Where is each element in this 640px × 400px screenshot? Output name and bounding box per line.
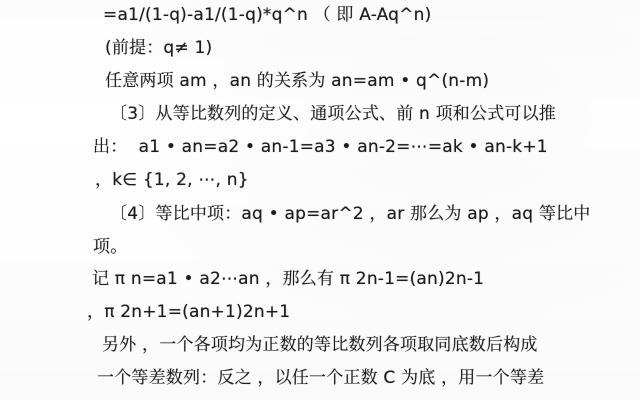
document-page: =a1/(1-q)-a1/(1-q)*q^n （ 即 A-Aq^n) (前提：q… xyxy=(0,0,640,400)
text-line: 〔4〕等比中项：aq • ap=ar^2 ，ar 那么为 ap ，aq 等比中 xyxy=(110,203,590,226)
text-line: 出： a1 • an=a2 • an-1=a3 • an-2=⋯=ak • an… xyxy=(93,136,548,159)
text-line: 记 π n=a1 • a2⋯an ，那么有 π 2n-1=(an)2n-1 xyxy=(92,268,484,291)
text-line: (前提：q≠ 1) xyxy=(105,37,212,60)
text-line: ，k∈ {1, 2, ⋯, n} xyxy=(95,169,249,192)
text-line: 项。 xyxy=(93,236,127,259)
text-line: 任意两项 am ，an 的关系为 an=am • q^(n-m) xyxy=(105,70,489,93)
text-line: ，π 2n+1=(an+1)2n+1 xyxy=(87,301,290,324)
text-line: 另外 ，一个各项均为正数的等比数列各项取同底数后构成 xyxy=(102,334,538,357)
text-line: 一个等差数列：反之 ，以任一个正数 C 为底 ，用一个等差 xyxy=(97,367,544,390)
text-line: 〔3〕从等比数列的定义、通项公式、前 n 项和公式可以推 xyxy=(110,103,556,126)
text-line: =a1/(1-q)-a1/(1-q)*q^n （ 即 A-Aq^n) xyxy=(103,4,431,27)
